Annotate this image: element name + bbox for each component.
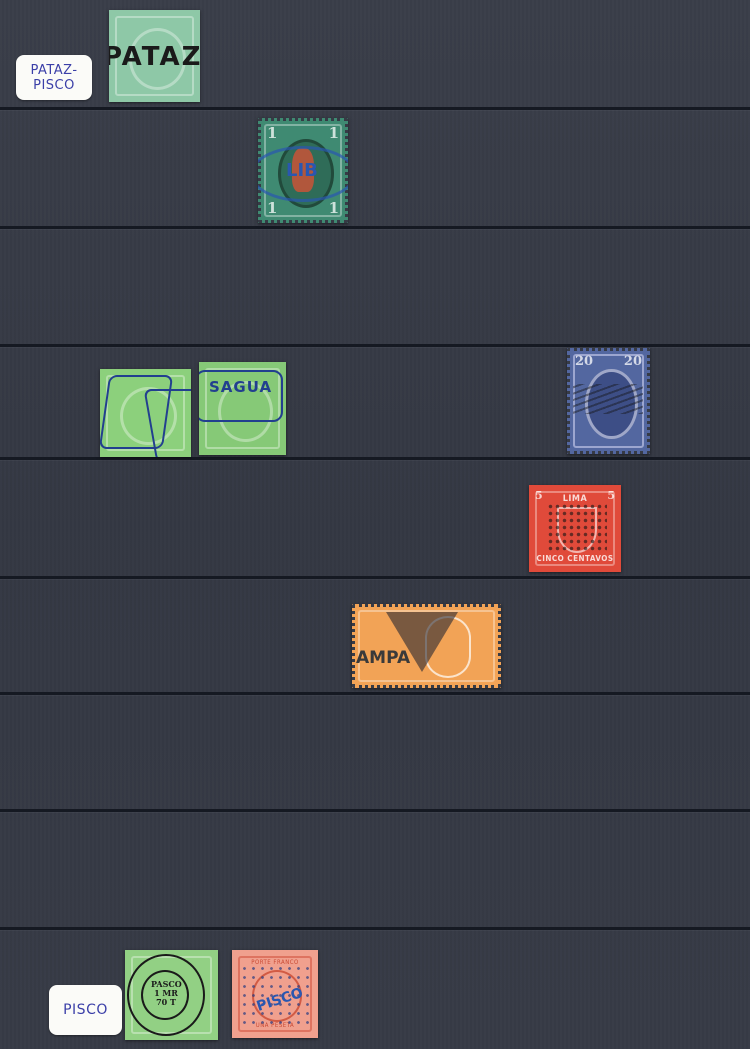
- cancel-bars: [573, 384, 643, 414]
- stamp-denomination: 5: [607, 489, 615, 502]
- stamp-8[interactable]: PASCO 1 MR 70 T: [125, 950, 218, 1040]
- stamp-bottom-text: CINCO CENTAVOS: [529, 554, 621, 563]
- strip-divider: [0, 226, 750, 229]
- stamp-denomination: 1: [267, 199, 277, 217]
- strip-divider: [0, 107, 750, 110]
- stamp-cancel: PASCO 1 MR 70 T: [151, 980, 181, 1007]
- stamp-denomination: 20: [575, 354, 593, 369]
- label-card-pataz-pisco: PATAZ- PISCO: [16, 55, 92, 100]
- strip-divider: [0, 344, 750, 347]
- stamp-denomination: 1: [267, 124, 277, 142]
- label-text: PATAZ- PISCO: [30, 63, 77, 93]
- stamp-cancel: PATAZ: [109, 42, 200, 72]
- stamp-denomination: 20: [624, 354, 642, 369]
- label-card-pisco: PISCO: [49, 985, 122, 1035]
- stamp-denomination: 5: [535, 489, 543, 502]
- strip-divider: [0, 576, 750, 579]
- stamp-cancel: SAGUA: [209, 378, 272, 396]
- stamp-denomination: 1: [329, 124, 339, 142]
- stamp-5[interactable]: 20 20: [567, 348, 650, 454]
- stamp-3[interactable]: [100, 369, 191, 457]
- stamp-denomination: 1: [329, 199, 339, 217]
- strip-divider: [0, 927, 750, 930]
- label-text: PISCO: [63, 1003, 108, 1018]
- stamp-4[interactable]: SAGUA: [199, 362, 286, 455]
- cancel-dots: [547, 503, 607, 553]
- stamp-2[interactable]: 1 1 1 1 LIB: [258, 118, 348, 223]
- stamp-7[interactable]: AMPA: [352, 604, 501, 688]
- cancel-ring: [258, 146, 348, 202]
- stamp-6[interactable]: LIMA CINCO CENTAVOS 5 5: [529, 485, 621, 572]
- stamp-cancel: AMPA: [356, 648, 410, 668]
- strip-divider: [0, 692, 750, 695]
- strip-divider: [0, 457, 750, 460]
- strip-divider: [0, 809, 750, 812]
- stamp-9[interactable]: PORTE FRANCO UNA PESETA PISCO: [232, 950, 318, 1038]
- stockbook-page: PATAZ- PISCO PATAZ 1 1 1 1 LIB SAGUA: [0, 0, 750, 1049]
- stamp-1[interactable]: PATAZ: [109, 10, 200, 102]
